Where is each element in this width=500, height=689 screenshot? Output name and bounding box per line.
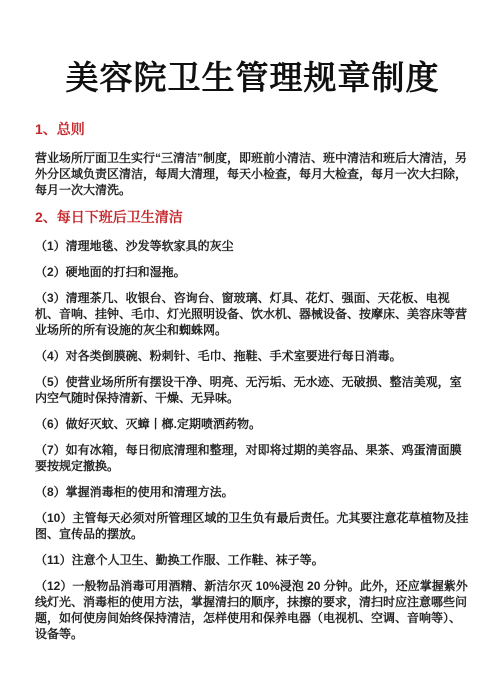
section-heading-general-rules: 1、总则 bbox=[35, 120, 470, 138]
cleaning-item-2: （2）硬地面的打扫和湿拖。 bbox=[35, 264, 470, 280]
cleaning-item-5: （5）使营业场所所有摆设干净、明亮、无污垢、无水迹、无破损、整洁美观，室内空气随… bbox=[35, 374, 470, 406]
document-page: 美容院卫生管理规章制度 1、总则 营业场所厅面卫生实行“三清洁”制度，即班前小清… bbox=[0, 0, 500, 689]
cleaning-item-3: （3）清理茶几、收银台、咨询台、窗玻璃、灯具、花灯、强面、天花板、电视机、音响、… bbox=[35, 290, 470, 338]
general-rules-paragraph: 营业场所厅面卫生实行“三清洁”制度，即班前小清洁、班中清洁和班后大清洁，另外分区… bbox=[35, 150, 470, 198]
page-title: 美容院卫生管理规章制度 bbox=[35, 57, 470, 98]
cleaning-item-8: （8）掌握消毒柜的使用和清理方法。 bbox=[35, 484, 470, 500]
section-heading-daily-cleaning: 2、每日下班后卫生清洁 bbox=[35, 208, 470, 226]
cleaning-item-10: （10）主管每天必须对所管理区域的卫生负有最后责任。尤其要注意花草植物及挂图、宣… bbox=[35, 510, 470, 542]
cleaning-item-7: （7）如有冰箱，每日彻底清理和整理，对即将过期的美容品、果茶、鸡蛋清面膜要按规定… bbox=[35, 442, 470, 474]
cleaning-item-4: （4）对各类倒膜碗、粉刺针、毛巾、拖鞋、手术室要进行每日消毒。 bbox=[35, 348, 470, 364]
cleaning-item-12: （12）一般物品消毒可用酒精、新洁尔灭 10%浸泡 20 分钟。此外，还应掌握紫… bbox=[35, 578, 470, 642]
cleaning-item-11: （11）注意个人卫生、勤换工作服、工作鞋、袜子等。 bbox=[35, 552, 470, 568]
cleaning-item-1: （1）清理地毯、沙发等软家具的灰尘 bbox=[35, 238, 470, 254]
cleaning-item-6: （6）做好灭蚊、灭蟑丨榔.定期喷洒药物。 bbox=[35, 416, 470, 432]
